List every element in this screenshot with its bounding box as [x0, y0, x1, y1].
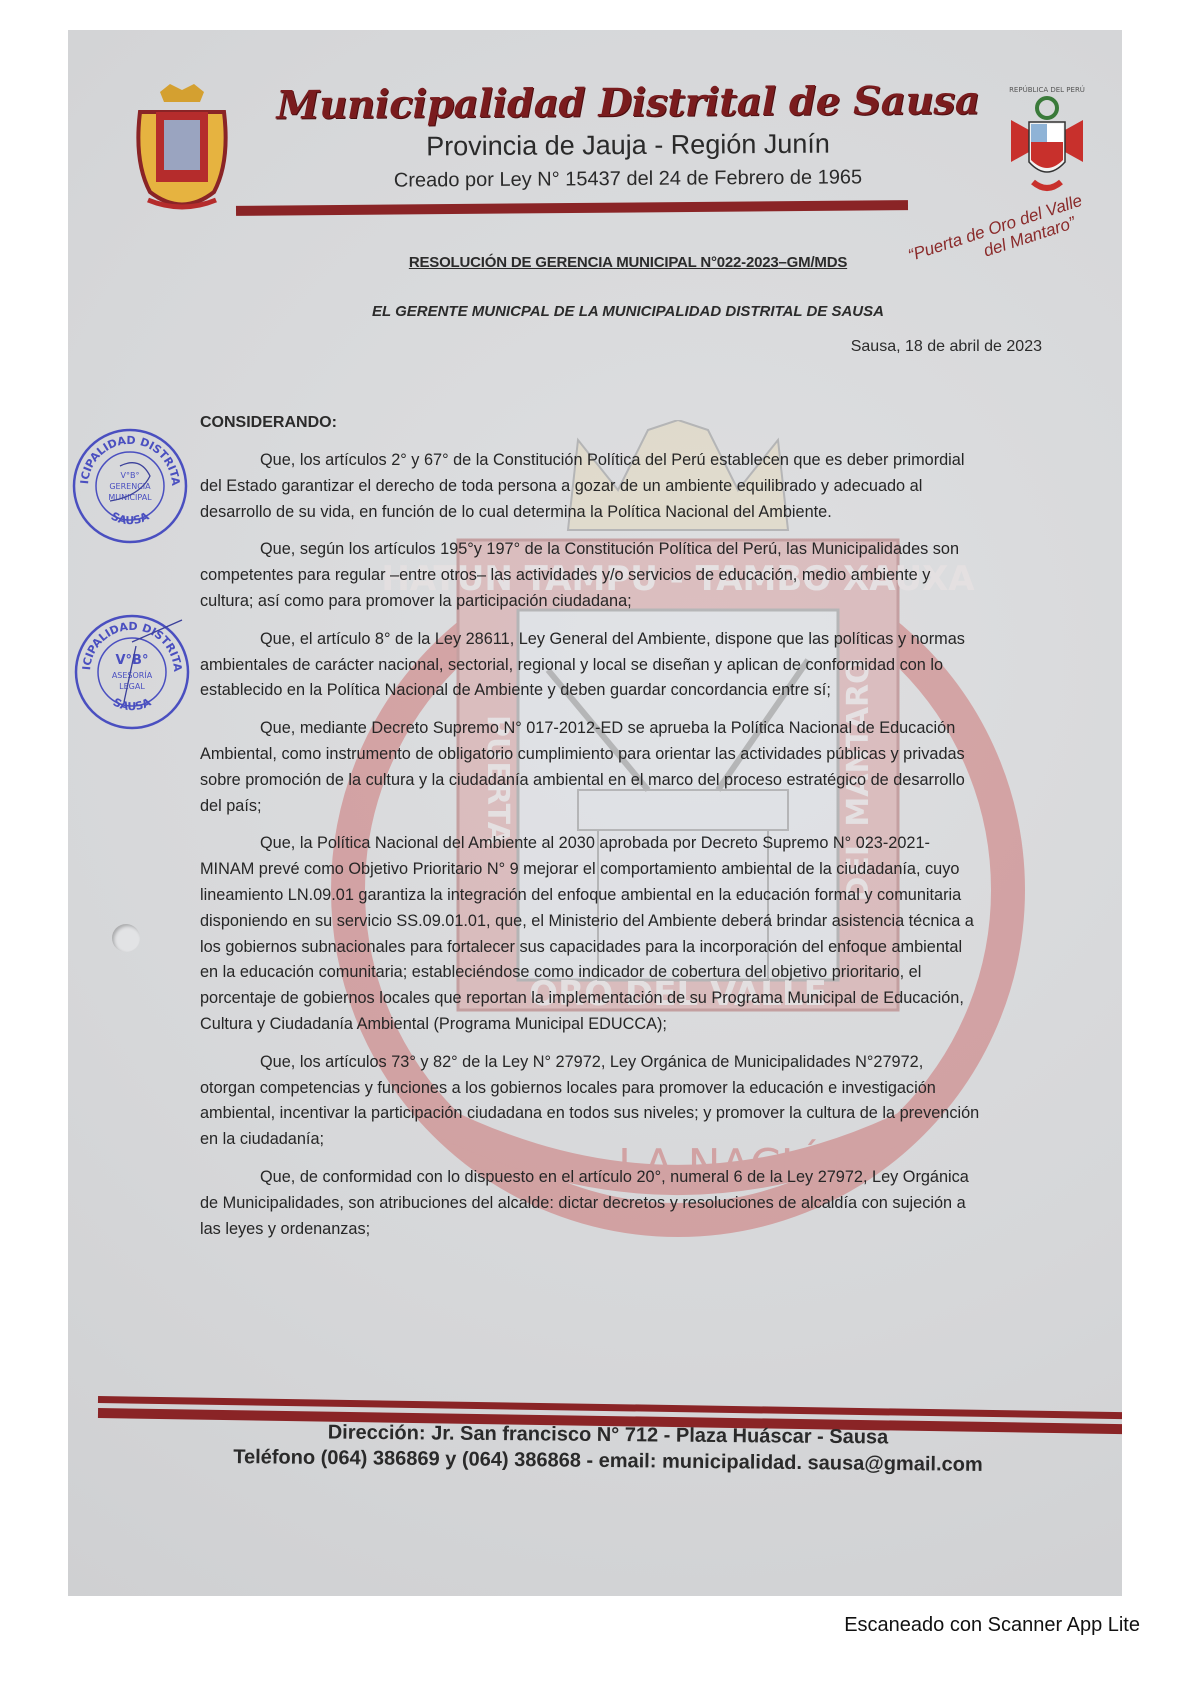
municipal-slogan: “Puerta de Oro del Valle del Mantaro”	[868, 179, 1122, 295]
svg-text:LEGAL: LEGAL	[119, 682, 145, 691]
municipal-crest-icon	[130, 82, 234, 214]
body-paragraphs: Que, los artículos 2° y 67° de la Consti…	[200, 448, 980, 1254]
paragraph: Que, la Política Nacional del Ambiente a…	[200, 831, 980, 1037]
municipality-title: Municipalidad Distrital de Sausa	[258, 77, 998, 128]
paragraph: Que, los artículos 73° y 82° de la Ley N…	[200, 1050, 980, 1153]
issuer-heading: EL GERENTE MUNICPAL DE LA MUNICIPALIDAD …	[248, 303, 1008, 320]
paragraph: Que, mediante Decreto Supremo N° 017-201…	[200, 716, 980, 819]
section-heading: CONSIDERANDO:	[200, 414, 337, 432]
province-region: Provincia de Jauja - Región Junín	[258, 127, 998, 163]
header-divider	[236, 200, 908, 216]
scanner-watermark-note: Escaneado con Scanner App Lite	[844, 1614, 1140, 1637]
punch-hole	[112, 924, 140, 952]
svg-text:ASESORÍA: ASESORÍA	[112, 669, 153, 680]
svg-text:SAUSA: SAUSA	[111, 695, 154, 713]
paragraph: Que, según los artículos 195°y 197° de l…	[200, 537, 980, 614]
svg-text:SAUSA: SAUSA	[109, 509, 152, 527]
paragraph: Que, los artículos 2° y 67° de la Consti…	[200, 448, 980, 525]
svg-text:V°B°: V°B°	[121, 471, 140, 480]
peru-coat-of-arms-icon: REPÚBLICA DEL PERÚ	[1003, 82, 1091, 202]
svg-text:REPÚBLICA DEL PERÚ: REPÚBLICA DEL PERÚ	[1009, 85, 1085, 94]
paragraph: Que, el artículo 8° de la Ley 28611, Ley…	[200, 627, 980, 704]
scanned-page: HATUN TAMPU - TAMBO XAUXA ORO DEL VALLE …	[68, 30, 1122, 1596]
approval-stamp-asesoria-legal: MUNICIPALIDAD DISTRITAL DE SAUSA V°B° AS…	[72, 612, 192, 732]
document-date: Sausa, 18 de abril de 2023	[851, 338, 1042, 356]
creation-law: Creado por Ley N° 15437 del 24 de Febrer…	[258, 165, 998, 193]
paragraph: Que, de conformidad con lo dispuesto en …	[200, 1165, 980, 1242]
approval-stamp-gerencia: MUNICIPALIDAD DISTRITAL DE SAUSA V°B° GE…	[70, 426, 190, 546]
resolution-title: RESOLUCIÓN DE GERENCIA MUNICIPAL N°022-2…	[248, 254, 1008, 271]
